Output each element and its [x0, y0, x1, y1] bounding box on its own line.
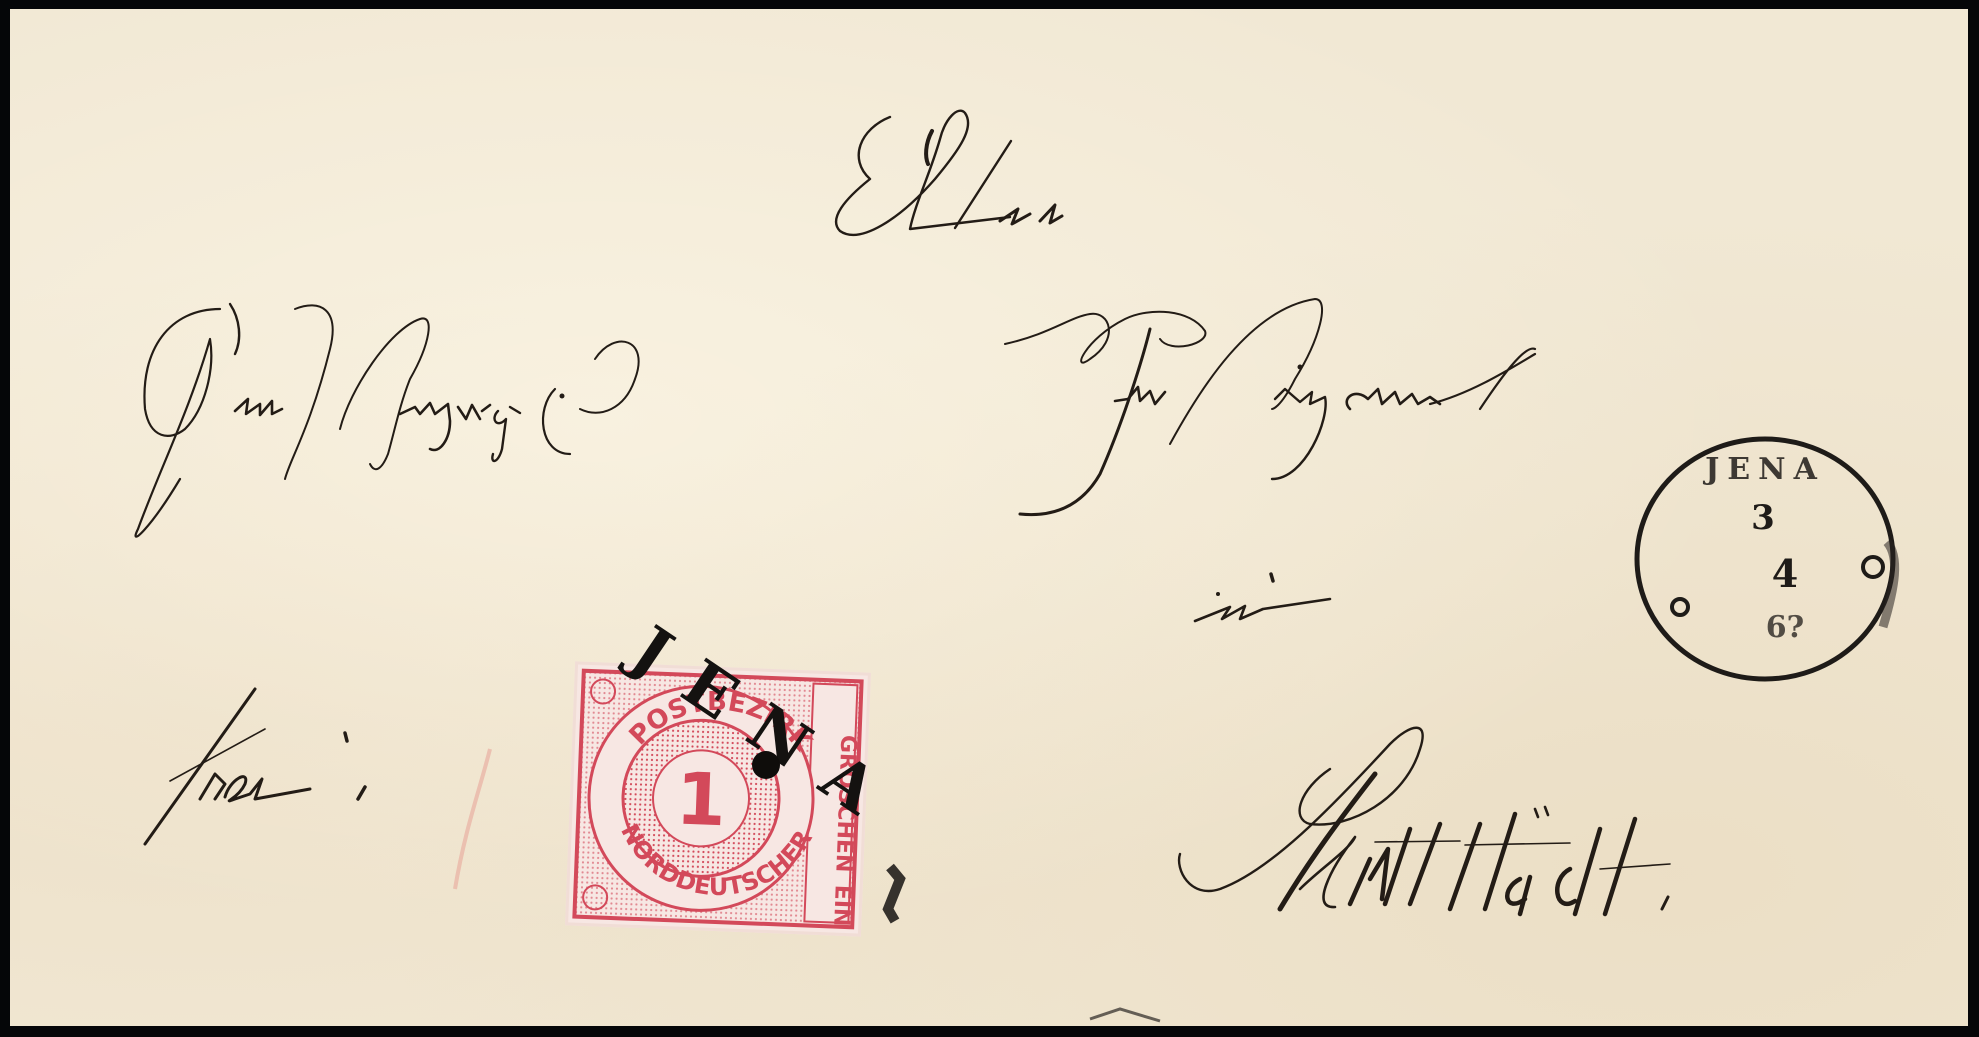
- cancel-jena-text: JENA: [614, 609, 915, 846]
- cancel-fragment: [888, 867, 900, 921]
- smudge-mark: [1090, 1009, 1160, 1021]
- envelope-cover: POSTBEZIRK NORDDEUTSCHER GROSCHEN EIN 1 …: [10, 9, 1968, 1026]
- punch-hole: [752, 751, 780, 779]
- postmark-day: 3: [1751, 498, 1775, 538]
- postmark-month: 4: [1772, 551, 1798, 596]
- circular-postmark: JENA 3 4 6?: [1625, 427, 1913, 689]
- image-frame: POSTBEZIRK NORDDEUTSCHER GROSCHEN EIN 1 …: [0, 0, 1979, 1037]
- postmark-town: JENA: [1702, 452, 1825, 487]
- postmark-year: 6?: [1766, 610, 1804, 645]
